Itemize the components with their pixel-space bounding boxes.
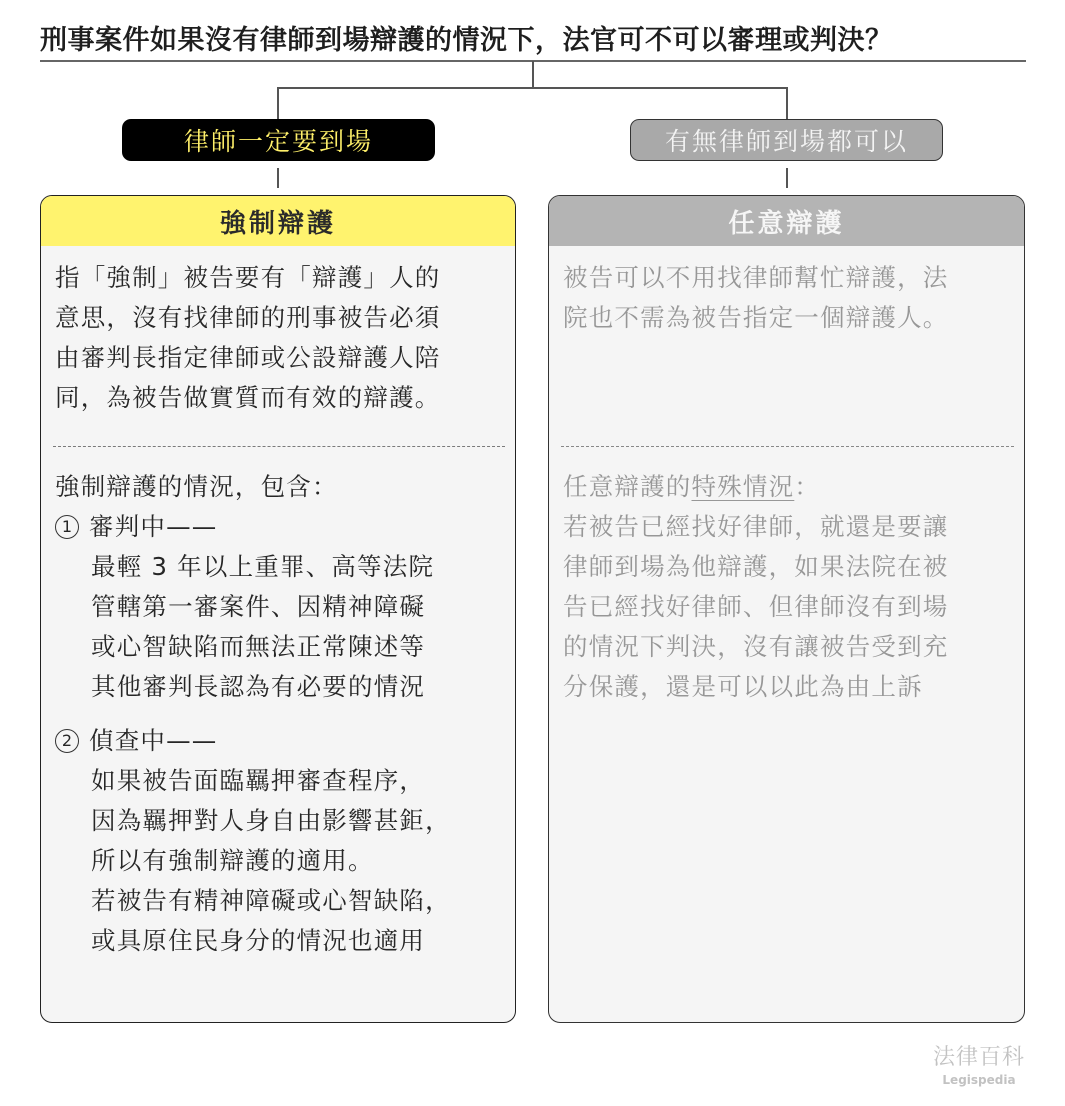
- case-line: 或具原住民身分的情況也適用: [55, 921, 501, 961]
- case-heading: 審判中——: [89, 512, 218, 541]
- heading-underlined: 特殊情況: [692, 472, 795, 501]
- intro-line: 同，為被告做實質而有效的辯護。: [55, 378, 501, 418]
- connector-horizontal: [277, 87, 788, 89]
- special-case-line: 律師到場為他辯護，如果法院在被: [563, 547, 1010, 587]
- mandatory-defense-panel: 強制辯護 指「強制」被告要有「辯護」人的 意思，沒有找律師的刑事被告必須 由審判…: [40, 195, 516, 1023]
- special-case-line: 的情況下判決，沒有讓被告受到充: [563, 627, 1010, 667]
- special-case-line: 告已經找好律師、但律師沒有到場: [563, 587, 1010, 627]
- intro-line: 指「強制」被告要有「辯護」人的: [55, 258, 501, 298]
- page-title: 刑事案件如果沒有律師到場辯護的情況下，法官可不可以審理或判決？: [40, 18, 1030, 57]
- special-case-line: 分保護，還是可以以此為由上訴: [563, 667, 1010, 707]
- case-line: 管轄第一審案件、因精神障礙: [55, 587, 501, 627]
- connector-right-top: [786, 87, 788, 119]
- case-line: 或心智缺陷而無法正常陳述等: [55, 627, 501, 667]
- section-heading: 強制辯護的情況，包含：: [55, 467, 501, 507]
- mandatory-lawyer-pill: 律師一定要到場: [122, 119, 435, 161]
- logo-english: Legispedia: [933, 1073, 1025, 1087]
- intro-line: 意思，沒有找律師的刑事被告必須: [55, 298, 501, 338]
- heading-prefix: 任意辯護的: [563, 472, 692, 501]
- heading-suffix: ：: [794, 472, 820, 501]
- case-line: 最輕 3 年以上重罪、高等法院: [55, 547, 501, 587]
- optional-defense-panel: 任意辯護 被告可以不用找律師幫忙辯護，法 院也不需為被告指定一個辯護人。 任意辯…: [548, 195, 1025, 1023]
- intro-line: 被告可以不用找律師幫忙辯護，法: [563, 258, 1010, 298]
- special-case-section: 任意辯護的特殊情況： 若被告已經找好律師，就還是要讓 律師到場為他辯護，如果法院…: [563, 447, 1010, 707]
- case-heading: 偵查中——: [89, 726, 218, 755]
- optional-lawyer-pill: 有無律師到場都可以: [630, 119, 943, 161]
- spacer: [55, 707, 501, 721]
- mandatory-defense-title: 強制辯護: [41, 196, 515, 246]
- mandatory-defense-body: 指「強制」被告要有「辯護」人的 意思，沒有找律師的刑事被告必須 由審判長指定律師…: [41, 246, 515, 961]
- optional-defense-title: 任意辯護: [549, 196, 1024, 246]
- case-line: 所以有強制辯護的適用。: [55, 841, 501, 881]
- circled-number-icon: 2: [55, 729, 79, 753]
- legispedia-logo: 法律百科 Legispedia: [933, 1040, 1025, 1087]
- optional-defense-intro: 被告可以不用找律師幫忙辯護，法 院也不需為被告指定一個辯護人。: [563, 258, 1010, 446]
- case-line: 其他審判長認為有必要的情況: [55, 667, 501, 707]
- case-item-investigation: 2偵查中——: [55, 721, 501, 761]
- case-item-trial: 1審判中——: [55, 507, 501, 547]
- connector-left-top: [277, 87, 279, 119]
- case-line: 如果被告面臨羈押審查程序，: [55, 761, 501, 801]
- intro-line: 院也不需為被告指定一個辯護人。: [563, 298, 1010, 338]
- connector-right-bottom: [786, 168, 788, 188]
- circled-number-icon: 1: [55, 515, 79, 539]
- connector-left-bottom: [277, 168, 279, 188]
- optional-defense-body: 被告可以不用找律師幫忙辯護，法 院也不需為被告指定一個辯護人。 任意辯護的特殊情…: [549, 246, 1024, 707]
- special-case-line: 若被告已經找好律師，就還是要讓: [563, 507, 1010, 547]
- mandatory-cases-section: 強制辯護的情況，包含： 1審判中—— 最輕 3 年以上重罪、高等法院 管轄第一審…: [55, 447, 501, 961]
- logo-chinese: 法律百科: [933, 1040, 1025, 1071]
- case-line: 若被告有精神障礙或心智缺陷，: [55, 881, 501, 921]
- section-heading: 任意辯護的特殊情況：: [563, 467, 1010, 507]
- mandatory-defense-intro: 指「強制」被告要有「辯護」人的 意思，沒有找律師的刑事被告必須 由審判長指定律師…: [55, 258, 501, 446]
- connector-trunk: [532, 61, 534, 88]
- case-line: 因為羈押對人身自由影響甚鉅，: [55, 801, 501, 841]
- intro-line: 由審判長指定律師或公設辯護人陪: [55, 338, 501, 378]
